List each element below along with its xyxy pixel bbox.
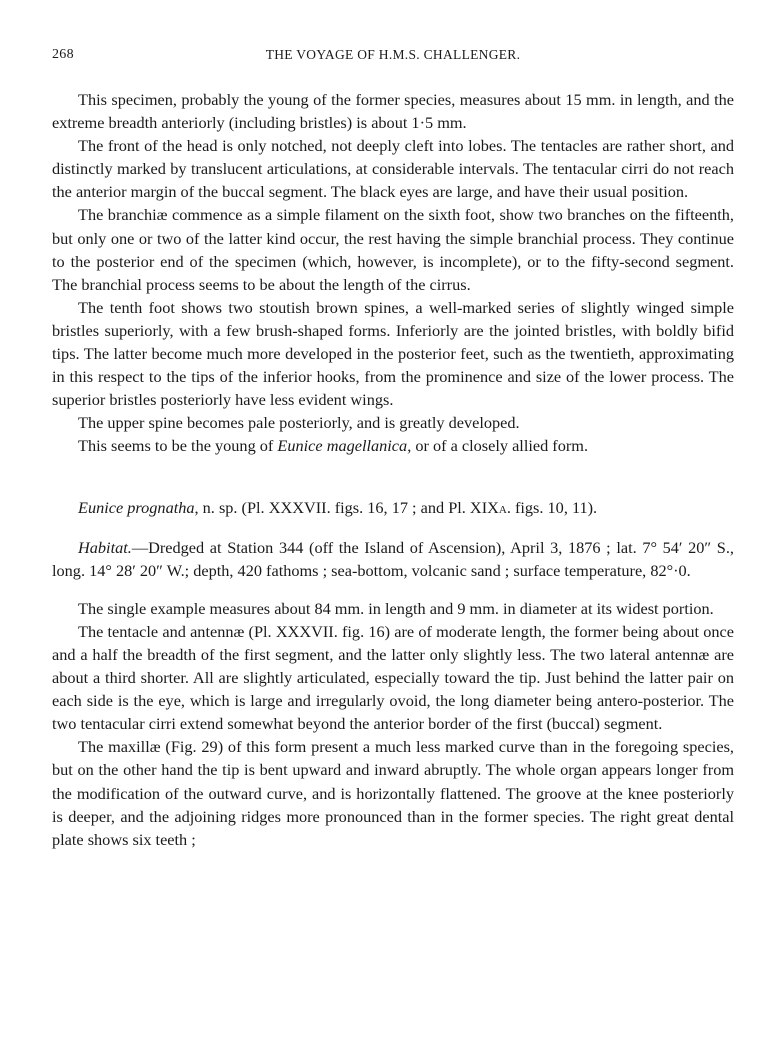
text: This seems to be the young of (78, 436, 277, 455)
paragraph: The tenth foot shows two stoutish brown … (52, 296, 734, 411)
habitat-paragraph: Habitat.—Dredged at Station 344 (off the… (52, 536, 734, 582)
paragraph: This specimen, probably the young of the… (52, 88, 734, 134)
paragraph: The front of the head is only notched, n… (52, 134, 734, 203)
body-text: This specimen, probably the young of the… (52, 88, 734, 851)
paragraph: The maxillæ (Fig. 29) of this form prese… (52, 735, 734, 850)
species-name: Eunice prognatha (78, 498, 195, 517)
paragraph: The single example measures about 84 mm.… (52, 597, 734, 620)
running-head: 268 THE VOYAGE OF H.M.S. CHALLENGER. (52, 47, 734, 67)
text: —Dredged at Station 344 (off the Island … (52, 538, 734, 580)
paragraph: This seems to be the young of Eunice mag… (52, 434, 734, 457)
text: , or of a closely allied form. (407, 436, 588, 455)
paragraph: The tentacle and antennæ (Pl. XXXVII. fi… (52, 620, 734, 735)
running-title: THE VOYAGE OF H.M.S. CHALLENGER. (52, 47, 734, 63)
text: A (499, 504, 507, 516)
habitat-label: Habitat. (78, 538, 132, 557)
paragraph: The upper spine becomes pale posteriorly… (52, 411, 734, 434)
text: , n. sp. (Pl. XXXVII. figs. 16, 17 ; and… (195, 498, 499, 517)
species-heading: Eunice prognatha, n. sp. (Pl. XXXVII. fi… (52, 496, 734, 522)
text: . figs. 10, 11). (507, 498, 597, 517)
species-name: Eunice magellanica (277, 436, 407, 455)
paragraph: The branchiæ commence as a simple filame… (52, 203, 734, 295)
